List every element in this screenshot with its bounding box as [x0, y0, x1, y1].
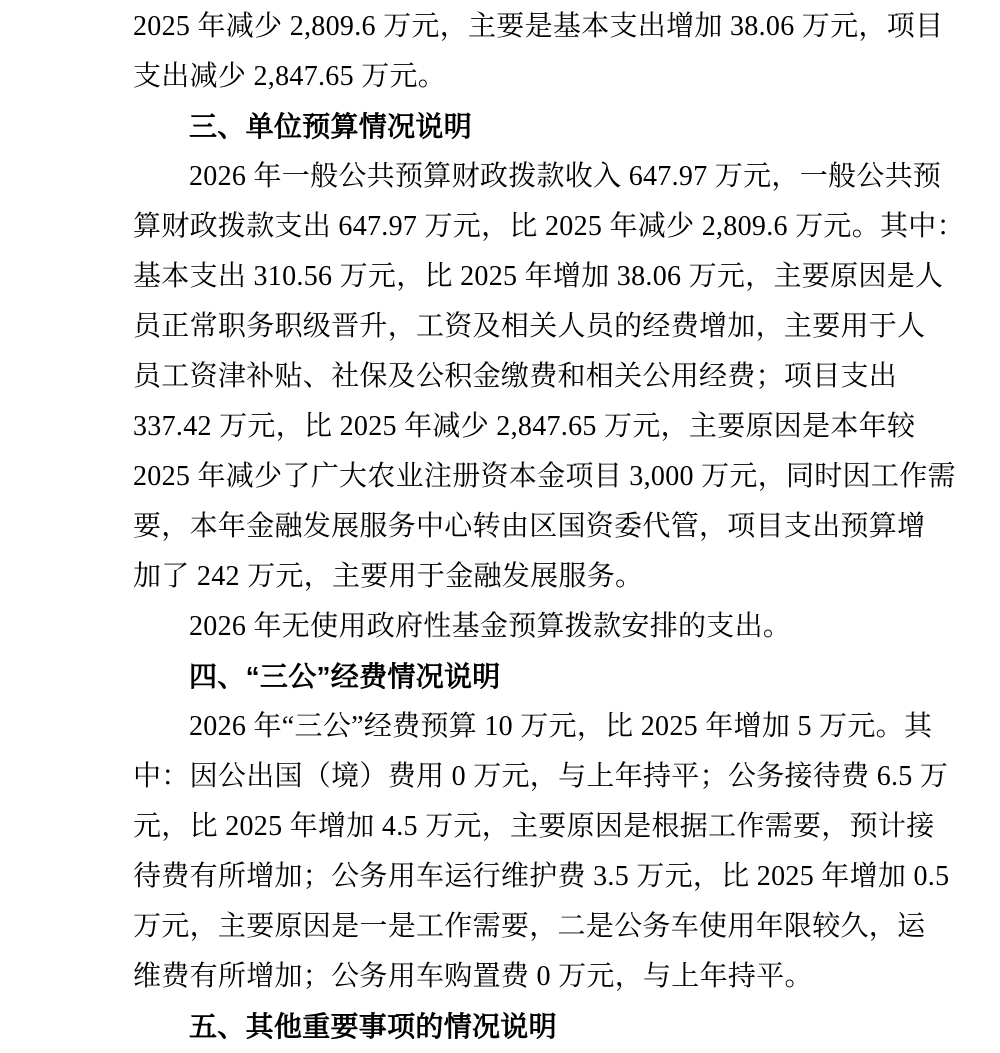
body-text-line: 2025 年减少了广大农业注册资本金项目 3,000 万元，同时因工作需: [133, 452, 882, 502]
section-heading: 五、其他重要事项的情况说明: [133, 1002, 882, 1052]
body-text-line: 维费有所增加；公务用车购置费 0 万元，与上年持平。: [133, 952, 882, 1002]
section-heading: 四、“三公”经费情况说明: [133, 652, 882, 702]
body-text-line: 要，本年金融发展服务中心转由区国资委代管，项目支出预算增: [133, 502, 882, 552]
body-text-line: 基本支出 310.56 万元，比 2025 年增加 38.06 万元，主要原因是…: [133, 252, 882, 302]
body-text-line: 员工资津补贴、社保及公积金缴费和相关公用经费；项目支出: [133, 352, 882, 402]
body-text-line: 待费有所增加；公务用车运行维护费 3.5 万元，比 2025 年增加 0.5: [133, 852, 882, 902]
body-text-line: 2026 年无使用政府性基金预算拨款安排的支出。: [133, 602, 882, 652]
section-heading: 三、单位预算情况说明: [133, 102, 882, 152]
document-page: 2025 年减少 2,809.6 万元，主要是基本支出增加 38.06 万元，项…: [0, 0, 1000, 1053]
body-text-line: 2026 年一般公共预算财政拨款收入 647.97 万元，一般公共预: [133, 152, 882, 202]
body-text-line: 337.42 万元，比 2025 年减少 2,847.65 万元，主要原因是本年…: [133, 402, 882, 452]
body-text-line: 2025 年减少 2,809.6 万元，主要是基本支出增加 38.06 万元，项…: [133, 2, 882, 52]
body-text-line: 加了 242 万元，主要用于金融发展服务。: [133, 552, 882, 602]
body-text-line: 元，比 2025 年增加 4.5 万元，主要原因是根据工作需要，预计接: [133, 802, 882, 852]
body-text-line: 支出减少 2,847.65 万元。: [133, 52, 882, 102]
body-text-line: 员正常职务职级晋升，工资及相关人员的经费增加，主要用于人: [133, 302, 882, 352]
body-text-line: 中：因公出国（境）费用 0 万元，与上年持平；公务接待费 6.5 万: [133, 752, 882, 802]
body-text-line: 2026 年“三公”经费预算 10 万元，比 2025 年增加 5 万元。其: [133, 702, 882, 752]
body-text-line: 算财政拨款支出 647.97 万元，比 2025 年减少 2,809.6 万元。…: [133, 202, 882, 252]
body-text-line: 万元，主要原因是一是工作需要，二是公务车使用年限较久，运: [133, 902, 882, 952]
